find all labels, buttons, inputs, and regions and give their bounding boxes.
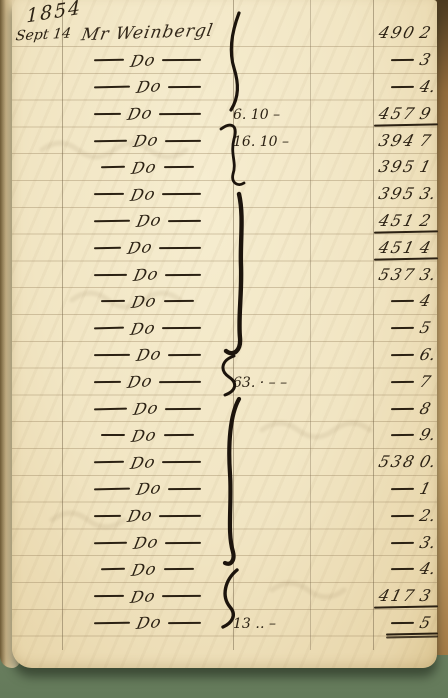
amount-cell: 3953. xyxy=(373,186,437,202)
ditto-trailing-dash xyxy=(165,541,201,543)
entry-cell: Do xyxy=(62,131,233,150)
ditto-leading-dash xyxy=(94,113,121,115)
amount-value: 4512 xyxy=(379,213,435,229)
ditto-mark: Do xyxy=(132,532,161,553)
ditto-mark: Do xyxy=(126,505,155,526)
amount-main-digits: 451 xyxy=(377,213,418,229)
amount-main-digits: 537 xyxy=(377,267,418,283)
ledger-row: Do63. · – –7 xyxy=(12,368,437,395)
entry-cell: Do xyxy=(62,479,233,498)
amount-ditto-dash xyxy=(391,407,414,409)
amount-cell: 4512 xyxy=(373,213,437,229)
ditto-trailing-dash xyxy=(159,247,201,249)
ledger-row: Do4. xyxy=(12,74,437,101)
ditto-leading-dash xyxy=(94,488,130,491)
ledger-row: Do3. xyxy=(12,529,437,556)
ledger-row: Do2. xyxy=(12,502,437,529)
ditto-mark: Do xyxy=(129,452,158,473)
amount-value: 9. xyxy=(391,427,435,443)
amount-value: 4. xyxy=(391,561,435,577)
amount-value: 2. xyxy=(391,508,435,524)
amount-value: 4514 xyxy=(379,240,435,256)
amount-unit-digit: 5 xyxy=(418,615,437,631)
amount-ditto-dash xyxy=(391,86,414,88)
ditto-mark: Do xyxy=(126,237,155,258)
ditto-trailing-dash xyxy=(168,488,201,490)
ditto-leading-dash xyxy=(94,59,124,61)
amount-unit-digit: 3. xyxy=(418,535,437,551)
amount-ditto-dash xyxy=(391,327,414,329)
amount-value: 4173 xyxy=(379,588,435,604)
amount-unit-digit: 3. xyxy=(418,186,437,202)
sum-annotation: 16. 10 – xyxy=(233,134,289,150)
ditto-leading-dash xyxy=(101,434,125,436)
ditto-trailing-dash xyxy=(165,273,201,275)
ledger-row: Do1 xyxy=(12,476,437,503)
amount-cell: 4. xyxy=(373,79,437,95)
amount-unit-digit: 9 xyxy=(418,106,437,122)
amount-value: 3. xyxy=(391,535,435,551)
amount-cell: 3947 xyxy=(373,133,437,149)
entry-cell: Do xyxy=(62,506,233,525)
ditto-trailing-dash xyxy=(159,381,201,383)
amount-ditto-dash xyxy=(391,541,414,543)
entry-cell: Do xyxy=(62,104,233,123)
annotation-cell: 6. 10 – xyxy=(233,104,310,123)
ditto-mark: Do xyxy=(132,398,161,419)
ditto-trailing-dash xyxy=(164,568,194,570)
ditto-trailing-dash xyxy=(165,139,201,141)
ditto-leading-dash xyxy=(94,354,130,356)
ditto-leading-dash xyxy=(94,381,121,383)
amount-main-digits: 395 xyxy=(377,186,418,202)
amount-unit-digit: 1 xyxy=(418,159,437,175)
ditto-leading-dash xyxy=(94,595,124,597)
amount-cell: 4. xyxy=(373,561,437,577)
amount-value: 3953. xyxy=(379,186,435,202)
amount-value: 5380. xyxy=(379,454,435,470)
entry-cell: Do xyxy=(62,613,233,632)
ledger-row: Do16. 10 –3947 xyxy=(12,127,437,154)
sum-annotation: 63. · – – xyxy=(233,375,287,391)
ditto-leading-dash xyxy=(101,300,125,302)
ledger-row: Do6. xyxy=(12,342,437,369)
ditto-mark: Do xyxy=(130,291,159,312)
annotation-cell: 16. 10 – xyxy=(233,131,310,150)
ditto-trailing-dash xyxy=(159,113,201,115)
ledger-photo: 1854 Sept 14 Mr Weinbergl4902Do3Do4.Do6.… xyxy=(0,0,448,698)
ledger-row: Do8 xyxy=(12,395,437,422)
ledger-row: Do4514 xyxy=(12,234,437,261)
entry-cell: Do xyxy=(62,51,233,70)
ledger-row: Mr Weinbergl4902 xyxy=(12,20,437,47)
ditto-mark: Do xyxy=(129,318,158,339)
ditto-mark: Do xyxy=(126,371,155,392)
ditto-trailing-dash xyxy=(162,59,201,61)
amount-cell: 4902 xyxy=(373,25,437,41)
entry-cell: Do xyxy=(62,587,233,606)
ditto-leading-dash xyxy=(94,273,127,275)
ditto-trailing-dash xyxy=(162,193,201,195)
amount-unit-digit: 5 xyxy=(418,320,437,336)
amount-main-digits: 457 xyxy=(377,106,418,122)
ditto-leading-dash xyxy=(101,568,125,571)
amount-value: 6. xyxy=(391,347,435,363)
customer-name: Mr Weinbergl xyxy=(80,21,215,46)
amount-main-digits: 395 xyxy=(377,159,418,175)
ditto-mark: Do xyxy=(135,612,164,633)
ditto-mark: Do xyxy=(132,264,161,285)
entry-cell: Do xyxy=(62,158,233,177)
amount-cell: 1 xyxy=(373,481,437,497)
ledger-row: Do5373. xyxy=(12,261,437,288)
amount-value: 5 xyxy=(391,320,435,336)
amount-value: 4902 xyxy=(379,25,435,41)
amount-unit-digit: 3 xyxy=(418,588,437,604)
amount-cell: 6. xyxy=(373,347,437,363)
amount-cell: 4173 xyxy=(373,588,437,604)
amount-unit-digit: 6. xyxy=(418,347,437,363)
amount-ditto-dash xyxy=(391,354,414,356)
amount-unit-digit: 2 xyxy=(418,25,437,41)
ditto-mark: Do xyxy=(126,103,155,124)
ditto-leading-dash xyxy=(94,327,124,330)
ditto-leading-dash xyxy=(94,622,130,625)
ditto-leading-dash xyxy=(94,407,127,410)
ditto-mark: Do xyxy=(135,76,164,97)
entry-cell: Do xyxy=(62,345,233,364)
amount-cell: 3 xyxy=(373,52,437,68)
amount-main-digits: 451 xyxy=(377,240,418,256)
amount-unit-digit: 0. xyxy=(418,454,437,470)
ditto-mark: Do xyxy=(132,130,161,151)
amount-cell: 9. xyxy=(373,427,437,443)
ditto-leading-dash xyxy=(101,166,125,169)
ledger-row: Do4173 xyxy=(12,583,437,610)
amount-value: 1 xyxy=(391,481,435,497)
ditto-mark: Do xyxy=(130,157,159,178)
amount-ditto-dash xyxy=(391,300,414,302)
amount-ditto-dash xyxy=(391,488,414,490)
annotation-cell: 13 ‥ – xyxy=(233,613,310,632)
amount-value: 4 xyxy=(391,293,435,309)
amount-cell: 3. xyxy=(373,535,437,551)
amount-unit-digit: 2. xyxy=(418,508,437,524)
ledger-page: 1854 Sept 14 Mr Weinbergl4902Do3Do4.Do6.… xyxy=(12,0,437,668)
ditto-trailing-dash xyxy=(162,595,201,597)
ditto-trailing-dash xyxy=(168,220,201,222)
entry-cell: Do xyxy=(62,292,233,311)
amount-cell: 5380. xyxy=(373,454,437,470)
entry-cell: Do xyxy=(62,211,233,230)
ditto-trailing-dash xyxy=(164,300,194,302)
amount-ditto-dash xyxy=(391,381,414,383)
ledger-row: Do4 xyxy=(12,288,437,315)
amount-main-digits: 417 xyxy=(377,588,418,604)
entry-cell: Do xyxy=(62,399,233,418)
ditto-trailing-dash xyxy=(159,515,201,517)
amount-ditto-dash xyxy=(391,568,414,570)
amount-cell: 5373. xyxy=(373,267,437,283)
annotation-cell: 63. · – – xyxy=(233,372,310,391)
ledger-row: Do5380. xyxy=(12,449,437,476)
entry-cell: Do xyxy=(62,533,233,552)
amount-value: 7 xyxy=(391,374,435,390)
amount-cell: 2. xyxy=(373,508,437,524)
ditto-mark: Do xyxy=(135,210,164,231)
ledger-row: Do4512 xyxy=(12,208,437,235)
ditto-leading-dash xyxy=(94,220,130,223)
ditto-trailing-dash xyxy=(164,166,194,168)
ditto-trailing-dash xyxy=(168,86,201,88)
ditto-mark: Do xyxy=(129,50,158,71)
amount-value: 3951 xyxy=(379,159,435,175)
ledger-row: Do3953. xyxy=(12,181,437,208)
sum-annotation: 13 ‥ – xyxy=(233,616,276,632)
amount-unit-digit: 4. xyxy=(418,79,437,95)
ditto-leading-dash xyxy=(94,541,127,543)
amount-ditto-dash xyxy=(391,59,414,61)
amount-cell: 4579 xyxy=(373,106,437,122)
entry-cell: Do xyxy=(62,185,233,204)
ledger-row: Do9. xyxy=(12,422,437,449)
ditto-trailing-dash xyxy=(168,354,201,356)
ditto-leading-dash xyxy=(94,461,124,463)
amount-ditto-dash xyxy=(391,434,414,436)
amount-main-digits: 394 xyxy=(377,133,418,149)
amount-value: 8 xyxy=(391,401,435,417)
entry-cell: Do xyxy=(62,372,233,391)
amount-ditto-dash xyxy=(391,515,414,517)
amount-cell: 7 xyxy=(373,374,437,390)
ditto-mark: Do xyxy=(130,559,159,580)
ledger-row: Do6. 10 –4579 xyxy=(12,100,437,127)
ditto-leading-dash xyxy=(94,193,124,195)
ditto-leading-dash xyxy=(94,246,121,249)
ditto-trailing-dash xyxy=(165,407,201,409)
ditto-leading-dash xyxy=(94,139,127,141)
ditto-mark: Do xyxy=(135,478,164,499)
entry-cell: Do xyxy=(62,265,233,284)
amount-cell: 3951 xyxy=(373,159,437,175)
ledger-row: Do3 xyxy=(12,47,437,74)
amount-value: 3947 xyxy=(379,133,435,149)
amount-main-digits: 538 xyxy=(377,454,418,470)
entry-cell: Do xyxy=(62,453,233,472)
amount-unit-digit: 7 xyxy=(418,133,437,149)
amount-cell: 4 xyxy=(373,293,437,309)
amount-unit-digit: 7 xyxy=(418,374,437,390)
ditto-mark: Do xyxy=(130,425,159,446)
entry-cell: Do xyxy=(62,560,233,579)
amount-cell: 4514 xyxy=(373,240,437,256)
ledger-row: Do3951 xyxy=(12,154,437,181)
ditto-leading-dash xyxy=(94,86,130,89)
ditto-mark: Do xyxy=(129,184,158,205)
sum-annotation: 6. 10 – xyxy=(233,107,280,123)
amount-value: 5373. xyxy=(379,267,435,283)
entry-cell: Do xyxy=(62,238,233,257)
amount-unit-digit: 3. xyxy=(418,267,437,283)
amount-unit-digit: 3 xyxy=(418,52,437,68)
entry-cell: Do xyxy=(62,77,233,96)
ditto-trailing-dash xyxy=(164,434,194,436)
amount-ditto-dash xyxy=(391,622,414,624)
amount-unit-digit: 8 xyxy=(418,401,437,417)
ledger-rows: Mr Weinbergl4902Do3Do4.Do6. 10 –4579Do16… xyxy=(12,20,437,636)
amount-cell: 5 xyxy=(373,615,437,631)
ditto-leading-dash xyxy=(94,515,121,517)
amount-value: 5 xyxy=(391,615,435,631)
amount-main-digits: 490 xyxy=(377,25,418,41)
entry-cell: Mr Weinbergl xyxy=(62,23,233,43)
amount-unit-digit: 2 xyxy=(418,213,437,229)
ledger-row: Do5 xyxy=(12,315,437,342)
entry-cell: Do xyxy=(62,319,233,338)
ledger-row: Do4. xyxy=(12,556,437,583)
amount-unit-digit: 4. xyxy=(418,561,437,577)
ditto-mark: Do xyxy=(129,586,158,607)
amount-unit-digit: 9. xyxy=(418,427,437,443)
ditto-trailing-dash xyxy=(168,622,201,624)
amount-value: 3 xyxy=(391,52,435,68)
amount-cell: 5 xyxy=(373,320,437,336)
amount-unit-digit: 4 xyxy=(418,240,437,256)
amount-value: 4. xyxy=(391,79,435,95)
ledger-row: Do13 ‥ –5 xyxy=(12,610,437,637)
amount-value: 4579 xyxy=(379,106,435,122)
ditto-mark: Do xyxy=(135,344,164,365)
amount-cell: 8 xyxy=(373,401,437,417)
ditto-trailing-dash xyxy=(162,327,201,329)
amount-unit-digit: 4 xyxy=(418,293,437,309)
ditto-trailing-dash xyxy=(162,461,201,463)
amount-unit-digit: 1 xyxy=(418,481,437,497)
entry-cell: Do xyxy=(62,426,233,445)
